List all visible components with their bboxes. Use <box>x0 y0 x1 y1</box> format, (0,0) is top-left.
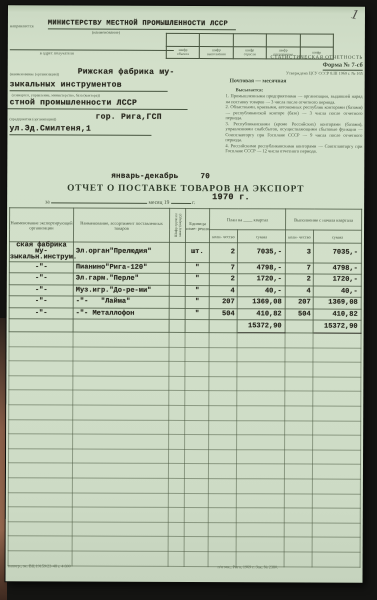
cell-fs <box>313 348 361 363</box>
cell-code <box>169 333 185 348</box>
cell-fs <box>313 333 361 348</box>
cell-unit: " <box>185 262 209 274</box>
addressee-ministry-typed: МИНИСТЕРСТВУ МЕСТНОЙ ПРОМЫШЛЕННОСТИ ЛССР <box>48 19 236 30</box>
cell-goods: Эл.гарм."Перле" <box>73 273 169 285</box>
col-header-unit: Единица изме- рения <box>185 208 209 242</box>
cell-fq <box>284 494 312 509</box>
cell-unit <box>185 420 209 435</box>
cell-pq <box>209 406 237 421</box>
cell-unit <box>184 464 208 479</box>
cell-code <box>169 320 185 333</box>
cell-fs <box>313 406 361 421</box>
cell-unit: шт. <box>185 242 209 262</box>
cell-ps <box>236 508 284 523</box>
cell-ps: 7035,- <box>237 243 285 263</box>
table-empty-row <box>9 361 361 377</box>
cell-org <box>9 319 73 332</box>
cell-fq: 3 <box>285 243 313 263</box>
cell-unit <box>185 320 209 333</box>
form-number: Форма № 7-сб <box>226 61 363 69</box>
cell-org <box>8 478 72 493</box>
cell-unit <box>184 537 208 552</box>
cell-code <box>168 537 184 552</box>
org-city-line: (предприятия (организация)) гор. Рига,ГС… <box>9 112 235 123</box>
periodicity: Почтовая — месячная <box>226 78 363 85</box>
table-empty-row <box>8 492 360 508</box>
org-caption-2: (совнархоз, управление, министерство, ба… <box>12 93 100 98</box>
cell-unit <box>184 479 208 494</box>
cell-ps: 1369,08 <box>237 297 285 309</box>
cell-ps <box>236 479 284 494</box>
cell-ps <box>236 523 284 538</box>
cell-goods <box>72 551 168 566</box>
cell-org: ская фабрика му- зыкальн.инструм. <box>9 242 73 262</box>
cell-pq: 504 <box>209 308 237 320</box>
cell-pq <box>209 320 237 333</box>
cell-fq <box>285 435 313 450</box>
cell-fq <box>285 377 313 392</box>
org-caption-3: (предприятия (организация)) <box>9 117 95 123</box>
cell-unit <box>184 552 208 567</box>
cell-fs: 4798,- <box>313 263 361 275</box>
cell-fq <box>284 537 312 552</box>
cell-fs <box>312 494 360 509</box>
cell-goods <box>73 376 169 391</box>
cell-ps <box>237 333 285 348</box>
code-box <box>200 34 233 47</box>
cell-fs: 1720,- <box>313 274 361 286</box>
cell-pq <box>208 464 236 479</box>
cell-ps <box>237 391 285 406</box>
cell-code <box>169 420 185 435</box>
period-blank <box>51 196 147 203</box>
stat-title: СТАТИСТИЧЕСКАЯ ОТЧЕТНОСТЬ <box>226 55 363 61</box>
cell-unit <box>184 493 208 508</box>
stat-reporting-block: СТАТИСТИЧЕСКАЯ ОТЧЕТНОСТЬ Форма № 7-сб У… <box>225 55 362 154</box>
cell-pq: 2 <box>209 243 237 263</box>
org-name-line1: (наименование (организации)) Рижская фаб… <box>10 67 236 78</box>
cell-goods <box>72 507 168 522</box>
cell-code <box>168 478 184 493</box>
cell-unit <box>185 376 209 391</box>
cell-pq <box>209 333 237 348</box>
sent-label: Высылается: <box>226 87 363 93</box>
cell-pq <box>208 537 236 552</box>
table-empty-row <box>8 536 360 552</box>
cell-fs <box>313 435 361 450</box>
org-name-typed-1: Рижская фабрика му- <box>78 68 175 78</box>
cell-ps: 1720,- <box>237 274 285 286</box>
col-header-plan-sum: сумма <box>237 230 285 243</box>
cell-fs: 15372,90 <box>313 320 361 333</box>
cell-ps <box>237 362 285 377</box>
cell-pq: 207 <box>209 297 237 309</box>
report-period-blank-line: за месяц 19 г. <box>45 196 325 206</box>
cell-org: -"- <box>9 273 73 285</box>
cell-code <box>169 285 185 297</box>
cell-fs <box>313 392 361 407</box>
cell-goods <box>72 536 168 551</box>
cell-fq <box>285 391 313 406</box>
cell-code <box>169 347 185 362</box>
cell-goods: Эл.орган"Прелюдия" <box>73 242 169 262</box>
cell-fq <box>285 320 313 333</box>
col-header-goods: Наименование, ассортимент поставленных т… <box>73 208 169 242</box>
cell-code <box>168 551 184 566</box>
cell-fq <box>285 450 313 465</box>
handwritten-page-number: 1 <box>349 7 360 24</box>
col-header-org: Наименование экспортирующей организации <box>9 208 73 242</box>
table-empty-row <box>9 405 361 421</box>
cell-fq <box>284 479 312 494</box>
cell-code <box>169 406 185 421</box>
print-shop-mark-left: типогр., зк. ВЦ 19159/23-48 г. 4 800 <box>8 563 71 568</box>
cell-unit <box>184 508 208 523</box>
cell-fq <box>284 464 312 479</box>
cell-org <box>8 507 72 522</box>
cell-goods: Пианино"Рига-120" <box>73 262 169 274</box>
cell-pq: 7 <box>209 262 237 274</box>
table-empty-row <box>8 522 360 538</box>
addressee-caption: (наименование) <box>92 31 120 36</box>
cell-fq: 207 <box>285 297 313 309</box>
cell-code <box>169 297 185 309</box>
col-header-fact-qty: коли- чество <box>285 230 313 243</box>
table-empty-row <box>8 463 360 479</box>
cell-org: -"- <box>9 261 73 273</box>
table-row: ская фабрика му- зыкальн.инструм.Эл.орга… <box>9 242 361 263</box>
cell-fs: 410,82 <box>313 309 361 321</box>
table-empty-row <box>8 478 360 494</box>
cell-org: -"- <box>9 296 73 308</box>
cell-org <box>9 434 73 449</box>
cell-org <box>9 390 73 405</box>
cell-fq: 4 <box>285 286 313 298</box>
cell-code <box>169 362 185 377</box>
cell-org <box>9 376 73 391</box>
table-empty-row <box>9 332 361 348</box>
cell-code <box>169 242 185 262</box>
cell-org <box>8 536 72 551</box>
cell-pq <box>209 362 237 377</box>
cell-ps <box>237 450 285 465</box>
print-shop-mark-right: п/я зак., Рига, 1969 г. Зак. № 2380. <box>218 564 279 569</box>
cell-ps: 410,82 <box>237 308 285 320</box>
cell-fs <box>313 450 361 465</box>
cell-goods: -"- Металлофон <box>73 308 169 320</box>
cell-fq <box>284 508 312 523</box>
code-box <box>166 33 199 46</box>
cell-pq: 4 <box>209 285 237 297</box>
cell-goods <box>73 390 169 405</box>
cell-code <box>169 274 185 286</box>
cell-fq <box>285 333 313 348</box>
cell-fq <box>284 552 312 567</box>
code-box <box>233 34 266 47</box>
code-box <box>266 34 299 47</box>
table-header: Наименование экспортирующей организации … <box>9 208 361 244</box>
cell-goods: -"- "Лайма" <box>73 296 169 308</box>
cell-pq <box>209 391 237 406</box>
cell-unit: " <box>185 285 209 297</box>
cell-unit: " <box>185 297 209 309</box>
report-title: ОТЧЕТ О ПОСТАВКЕ ТОВАРОВ НА ЭКСПОРТ <box>7 183 364 195</box>
cell-goods <box>72 493 168 508</box>
org-name-typed-2: зыкальных инструментов <box>10 80 168 92</box>
cell-code <box>169 262 185 274</box>
code-box-label: шифр объекта <box>166 46 199 58</box>
col-header-done: Выполнение с начала квартала <box>286 209 362 230</box>
cell-ps: 40,- <box>237 285 285 297</box>
scanned-document: 1 направляется МИНИСТЕРСТВУ МЕСТНОЙ ПРОМ… <box>0 0 377 600</box>
report-year-typed: 1970 г. <box>212 192 250 202</box>
recipient-address-blank <box>10 38 174 51</box>
table-empty-row <box>9 434 361 450</box>
cell-code <box>169 376 185 391</box>
col-header-fact-sum: сумма <box>313 230 361 243</box>
cell-fs <box>312 552 360 567</box>
cell-fq <box>285 362 313 377</box>
cell-unit <box>184 522 208 537</box>
cell-ps: 4798,- <box>237 262 285 274</box>
org-street-typed: ул.Эд.Смилтеня,1 <box>9 124 151 136</box>
cell-pq <box>208 508 236 523</box>
cell-unit: " <box>185 274 209 286</box>
cell-goods <box>72 478 168 493</box>
cell-goods <box>73 405 169 420</box>
cell-org <box>8 463 72 478</box>
cell-fs: 1369,08 <box>313 297 361 309</box>
approved-line: Утверждена ЦСУ СССР 8.III 1969 г. № 165 <box>226 70 363 76</box>
cell-unit: " <box>185 308 209 320</box>
code-box <box>300 34 333 47</box>
cell-fs <box>313 362 361 377</box>
addressee-label: направляется <box>10 23 48 29</box>
cell-org <box>9 419 73 434</box>
table-empty-row <box>9 390 361 406</box>
cell-code <box>169 449 185 464</box>
cell-unit <box>185 449 209 464</box>
cell-pq <box>209 435 237 450</box>
cell-goods <box>73 434 169 449</box>
cell-unit <box>185 333 209 348</box>
cell-org: -"- <box>9 307 73 319</box>
cell-goods <box>73 449 169 464</box>
cell-org <box>9 346 73 361</box>
cell-org <box>8 492 72 507</box>
export-report-table: Наименование экспортирующей организации … <box>8 207 363 567</box>
cell-fq <box>285 406 313 421</box>
cell-code <box>168 508 184 523</box>
cell-pq <box>209 376 237 391</box>
cell-code <box>168 522 184 537</box>
table-empty-row <box>9 449 361 465</box>
cell-fq <box>285 348 313 363</box>
org-caption: (наименование (организации)) <box>10 72 78 77</box>
cell-code <box>168 493 184 508</box>
cell-code <box>169 308 185 320</box>
cell-fq <box>285 421 313 436</box>
cell-ps <box>237 435 285 450</box>
org-ministry-typed: стной промышленности ЛССР <box>8 98 188 110</box>
cell-pq <box>209 347 237 362</box>
cell-fs: 7035,- <box>313 243 361 263</box>
cell-code <box>168 464 184 479</box>
addressee-line: направляется МИНИСТЕРСТВУ МЕСТНОЙ ПРОМЫШ… <box>10 19 236 30</box>
sent-instructions: 1. Промышленными предприятиями — организ… <box>225 93 362 154</box>
cell-unit <box>185 391 209 406</box>
col-header-plan: План на ____ квартал <box>210 209 286 230</box>
org-city-typed: гор. Рига,ГСП <box>95 113 161 123</box>
cell-goods <box>73 319 169 332</box>
cell-fs <box>312 537 360 552</box>
code-boxes-empty-row <box>166 33 333 47</box>
cell-pq <box>208 493 236 508</box>
cell-org <box>9 449 73 464</box>
cell-fs <box>312 508 360 523</box>
table-body: ская фабрика му- зыкальн.инструм.Эл.орга… <box>8 242 361 567</box>
cell-pq <box>209 420 237 435</box>
cell-unit <box>185 435 209 450</box>
year-blank <box>171 197 191 204</box>
cell-unit <box>185 362 209 377</box>
cell-org <box>8 522 72 537</box>
cell-fq: 504 <box>285 309 313 321</box>
table-empty-row <box>9 376 361 392</box>
table-empty-row <box>9 346 361 362</box>
cell-goods <box>73 361 169 376</box>
cell-code <box>169 391 185 406</box>
cell-fq: 2 <box>285 274 313 286</box>
cell-ps <box>236 493 284 508</box>
report-period-typed: январь-декабрь70 <box>111 173 210 181</box>
cell-fq <box>284 523 312 538</box>
cell-ps: 15372,90 <box>237 320 285 333</box>
cell-pq: 2 <box>209 274 237 286</box>
cell-org: -"- <box>9 284 73 296</box>
report-form-page: 1 направляется МИНИСТЕРСТВУ МЕСТНОЙ ПРОМ… <box>5 5 365 583</box>
cell-goods <box>72 463 168 478</box>
cell-pq <box>208 522 236 537</box>
cell-goods: Муз.игр."До-ре-ми" <box>73 285 169 297</box>
recipient-address-label: в адрес получателя <box>40 51 74 56</box>
cell-ps <box>237 420 285 435</box>
cell-goods <box>72 522 168 537</box>
cell-ps <box>236 464 284 479</box>
col-header-plan-qty: коли- чество <box>209 230 237 243</box>
cell-pq <box>209 449 237 464</box>
cell-unit <box>185 347 209 362</box>
cell-org <box>9 332 73 347</box>
cell-fs <box>312 523 360 538</box>
cell-code <box>169 435 185 450</box>
cell-fs: 40,- <box>313 286 361 298</box>
cell-fs <box>312 479 360 494</box>
cell-ps <box>237 377 285 392</box>
cell-goods <box>73 332 169 347</box>
cell-org <box>9 361 73 376</box>
cell-org <box>9 405 73 420</box>
cell-pq <box>208 479 236 494</box>
cell-fs <box>313 377 361 392</box>
table-empty-row <box>8 507 360 523</box>
cell-ps <box>237 347 285 362</box>
cell-fs <box>313 421 361 436</box>
col-header-code: Шифр групп по заказу (наряду) <box>169 208 185 242</box>
cell-goods <box>73 347 169 362</box>
cell-ps <box>236 537 284 552</box>
cell-unit <box>185 406 209 421</box>
cell-goods <box>73 420 169 435</box>
table-empty-row <box>9 419 361 435</box>
cell-fq: 7 <box>285 263 313 275</box>
cell-ps <box>237 406 285 421</box>
cell-fs <box>312 465 360 480</box>
